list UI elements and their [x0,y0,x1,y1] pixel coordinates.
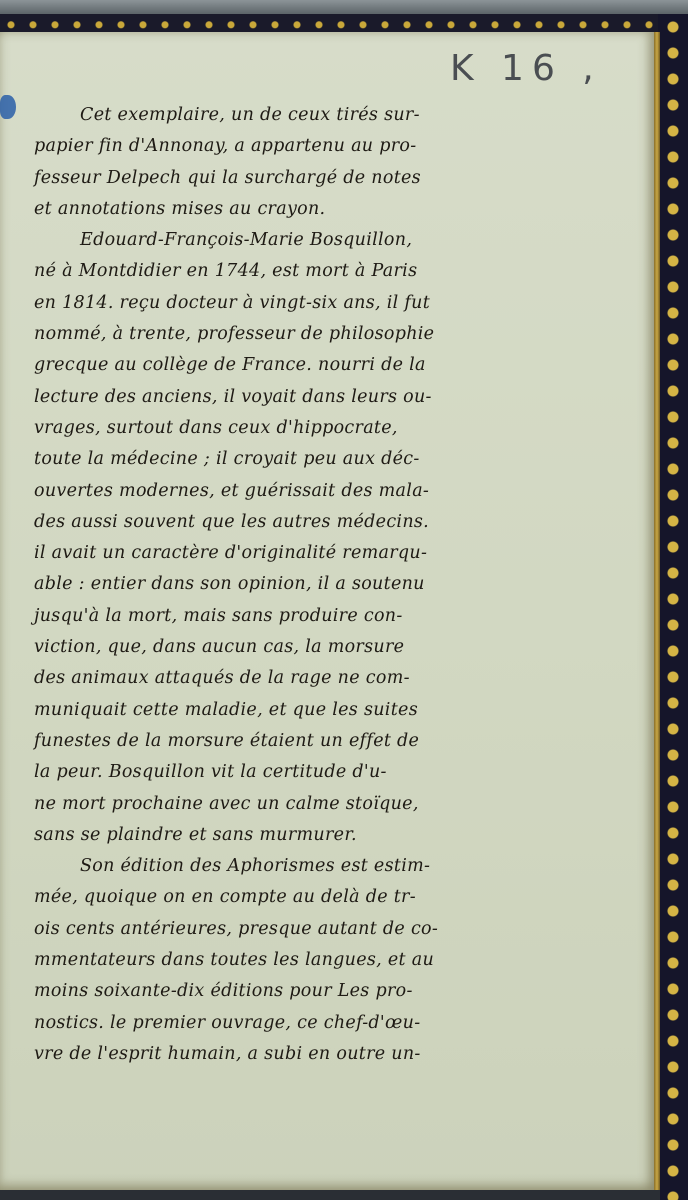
text-line: nostics. le premier ouvrage, ce chef-d'œ… [34,1008,594,1039]
text-line: fesseur Delpech qui la surchargé de note… [34,163,594,194]
text-line: Cet exemplaire, un de ceux tirés sur- [34,100,594,131]
ink-blot [0,95,16,119]
text-line: ois cents antérieures, presque autant de… [34,914,594,945]
text-line: grecque au collège de France. nourri de … [34,350,594,381]
text-line: né à Montdidier en 1744, est mort à Pari… [34,256,594,287]
text-line: et annotations mises au crayon. [34,194,594,225]
manuscript-text: Cet exemplaire, un de ceux tirés sur- pa… [34,100,594,1070]
text-line: muniquait cette maladie, et que les suit… [34,695,594,726]
text-line: vrages, surtout dans ceux d'hippocrate, [34,413,594,444]
gilt-top-border [0,14,688,32]
text-line: nommé, à trente, professeur de philosoph… [34,319,594,350]
text-line: lecture des anciens, il voyait dans leur… [34,382,594,413]
text-line: able : entier dans son opinion, il a sou… [34,569,594,600]
book-bottom-edge [0,1190,660,1200]
text-line: vre de l'esprit humain, a subi en outre … [34,1039,594,1070]
text-line: ne mort prochaine avec un calme stoïque, [34,789,594,820]
text-line: en 1814. reçu docteur à vingt-six ans, i… [34,288,594,319]
text-line: Son édition des Aphorismes est estim- [34,851,594,882]
book-top-edge [0,0,688,14]
text-line: jusqu'à la mort, mais sans produire con- [34,601,594,632]
text-line: des aussi souvent que les autres médecin… [34,507,594,538]
text-line: il avait un caractère d'originalité rema… [34,538,594,569]
shelfmark: K 16 , [450,48,602,89]
gilt-right-border [658,14,688,1200]
text-line: mée, quoique on en compte au delà de tr- [34,882,594,913]
text-line: viction, que, dans aucun cas, la morsure [34,632,594,663]
text-line: toute la médecine ; il croyait peu aux d… [34,444,594,475]
text-line: des animaux attaqués de la rage ne com- [34,663,594,694]
text-line: ouvertes modernes, et guérissait des mal… [34,476,594,507]
text-line: moins soixante-dix éditions pour Les pro… [34,976,594,1007]
text-line: la peur. Bosquillon vit la certitude d'u… [34,757,594,788]
text-line: papier fin d'Annonay, a appartenu au pro… [34,131,594,162]
text-line: Edouard-François-Marie Bosquillon, [34,225,594,256]
gilt-inner-rule [654,32,660,1190]
text-line: funestes de la morsure étaient un effet … [34,726,594,757]
text-line: mmentateurs dans toutes les langues, et … [34,945,594,976]
text-line: sans se plaindre et sans murmurer. [34,820,594,851]
